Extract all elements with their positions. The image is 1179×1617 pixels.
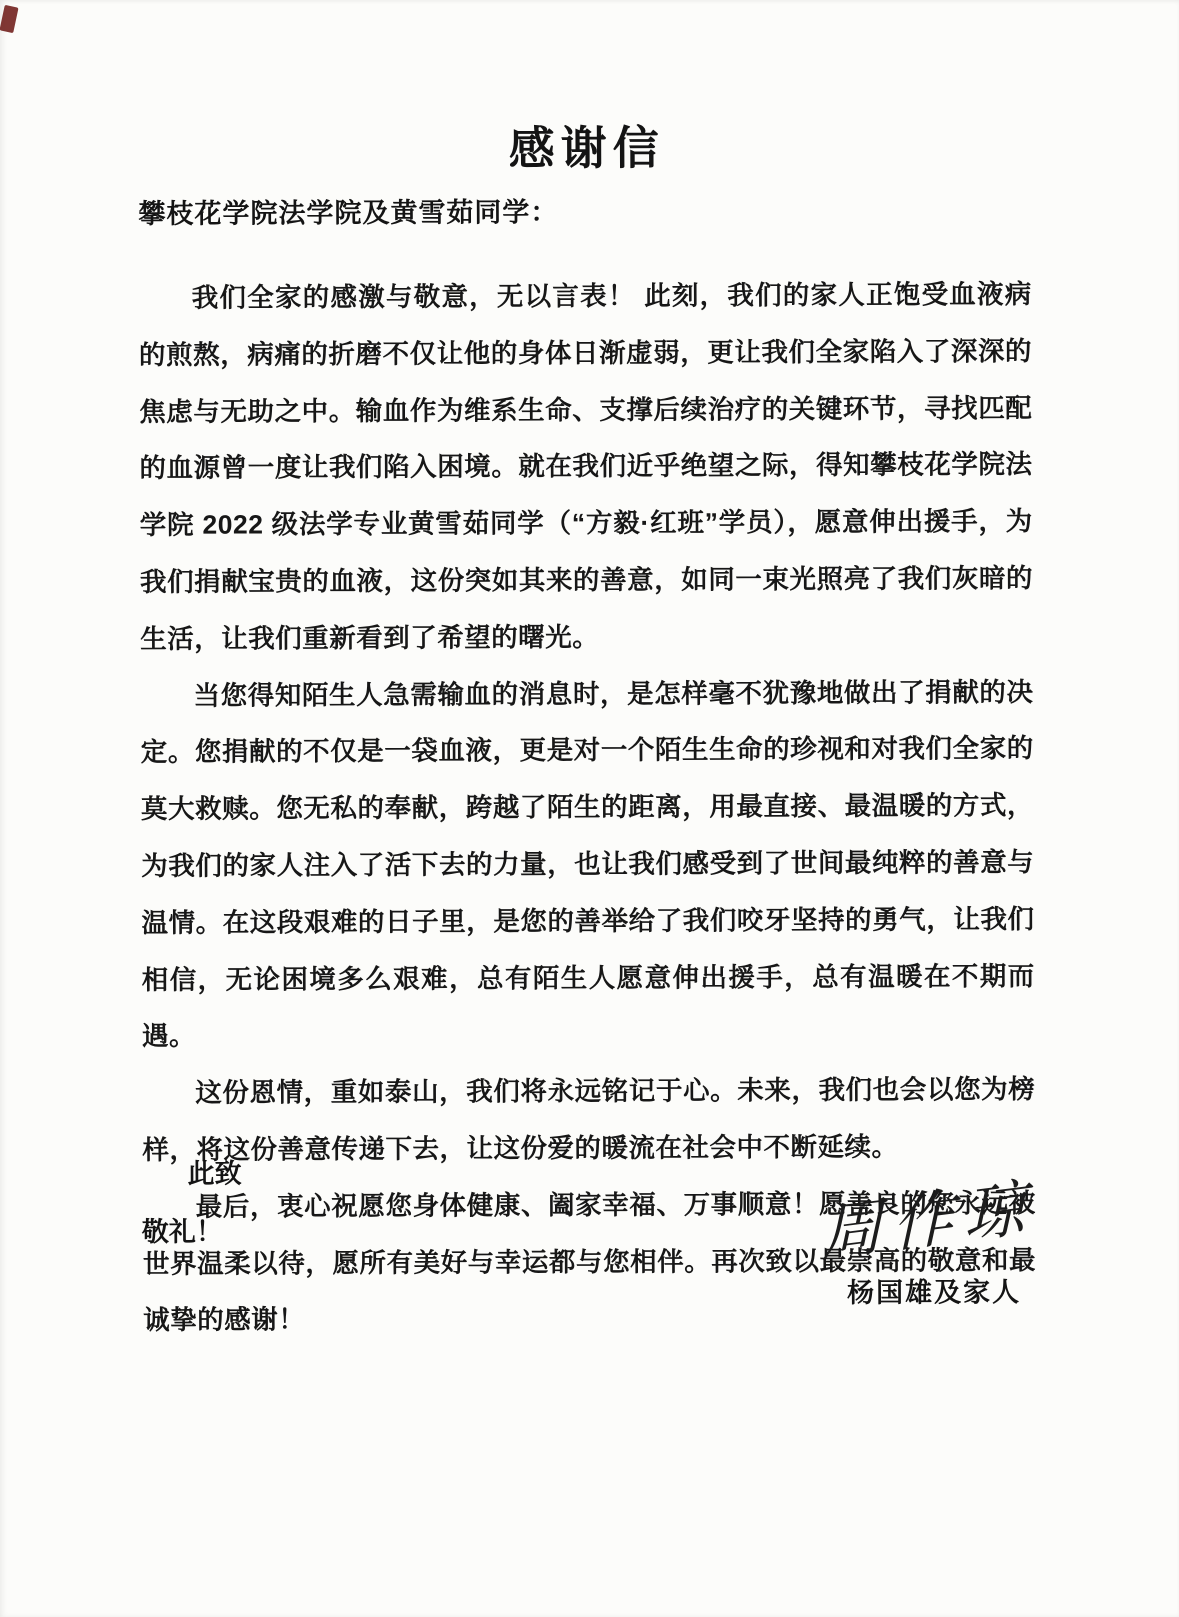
closing-jingli: 敬礼！ <box>142 1210 223 1249</box>
letter-paragraph-1: 我们全家的感激与敬意，无以言表！ 此刻，我们的家人正饱受血液病的煎熬，病痛的折磨… <box>139 266 1034 667</box>
letter-paragraph-3: 这份恩情，重如泰山，我们将永远铭记于心。未来，我们也会以您为榜样，将这份善意传递… <box>142 1061 1035 1178</box>
letter-paragraph-2: 当您得知陌生人急需输血的消息时，是怎样毫不犹豫地做出了捐献的决定。您捐献的不仅是… <box>140 664 1035 1065</box>
letter-salutation: 攀枝花学院法学院及黄雪茹同学： <box>138 190 558 231</box>
thank-you-letter: 感谢信 攀枝花学院法学院及黄雪茹同学： 我们全家的感激与敬意，无以言表！ 此刻，… <box>0 0 1179 1617</box>
closing-cizhi: 此致 <box>187 1152 241 1191</box>
scanned-letter-page: 感谢信 攀枝花学院法学院及黄雪茹同学： 我们全家的感激与敬意，无以言表！ 此刻，… <box>0 0 1179 1617</box>
signer-name: 杨国雄及家人 <box>847 1270 1021 1310</box>
letter-title: 感谢信 <box>0 109 1176 180</box>
